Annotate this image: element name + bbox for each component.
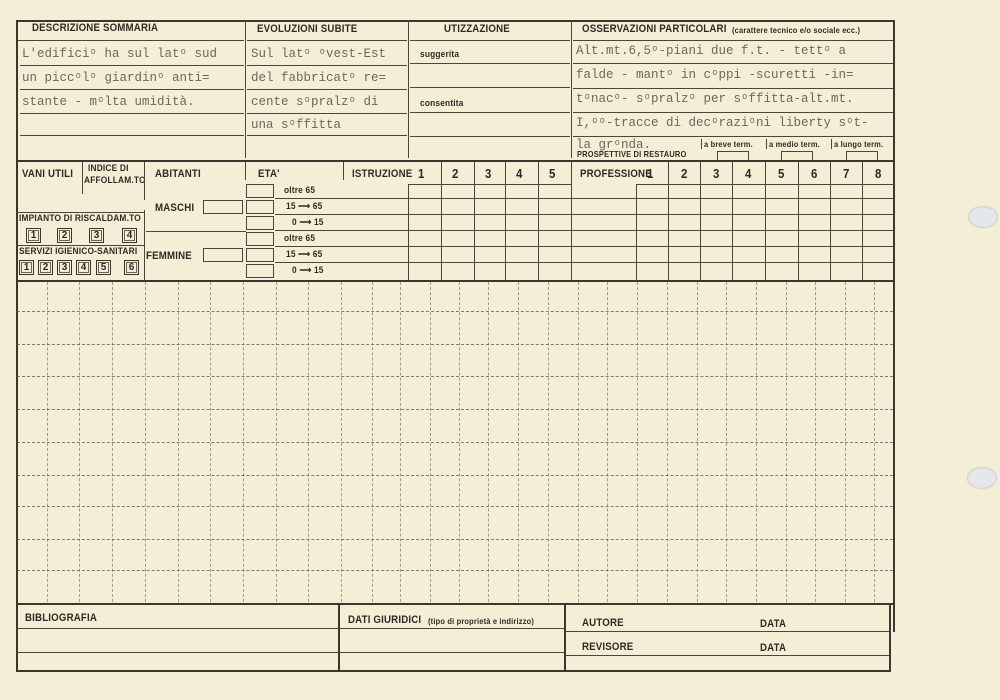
divider xyxy=(474,162,475,280)
impianto-option-1[interactable]: 1 xyxy=(26,228,41,243)
suggerita-label: suggerita xyxy=(420,49,459,60)
divider xyxy=(245,20,246,158)
grid-line xyxy=(47,282,48,602)
consentita-label: consentita xyxy=(420,98,464,109)
grid-line xyxy=(697,282,698,602)
grid-line xyxy=(430,282,431,602)
servizi-label: SERVIZI IGIENICO-SANITARI xyxy=(19,246,137,257)
istruzione-col-3: 3 xyxy=(485,166,492,181)
age-box-m-15-65[interactable] xyxy=(246,200,274,214)
frame-left xyxy=(16,20,18,670)
rule xyxy=(410,112,570,113)
grid-line xyxy=(243,282,244,602)
grid-line xyxy=(341,282,342,602)
grid-line xyxy=(79,282,80,602)
rule xyxy=(16,652,338,653)
maschi-count-field[interactable] xyxy=(203,200,243,214)
divider xyxy=(538,162,539,280)
data-label-2: DATA xyxy=(760,642,786,654)
grid-line xyxy=(815,282,816,602)
grid-line xyxy=(459,282,460,602)
dati-giuridici-label: DATI GIURIDICI xyxy=(348,614,421,626)
divider xyxy=(505,162,506,280)
rule xyxy=(20,113,244,114)
divider xyxy=(343,162,344,180)
grid-line xyxy=(518,282,519,602)
eta-label: ETA' xyxy=(258,168,280,180)
frame-bottom xyxy=(16,670,891,672)
professione-col-3: 3 xyxy=(713,166,720,181)
divider xyxy=(441,162,442,280)
section-divider xyxy=(16,280,894,282)
rule xyxy=(275,230,894,231)
professione-col-8: 8 xyxy=(875,166,882,181)
indice-label-1: INDICE DI xyxy=(88,163,129,174)
descrizione-line-1[interactable]: L'edificiᵒ ha sul latᵒ sud xyxy=(22,47,217,61)
divider xyxy=(732,162,733,280)
rule xyxy=(16,628,338,629)
grid-line xyxy=(178,282,179,602)
osservazioni-line-3[interactable]: tᵒnacᵒ- sᵒpralzᵒ per sᵒffitta-alt.mt. xyxy=(576,92,854,106)
divider xyxy=(144,210,145,280)
grid-line xyxy=(548,282,549,602)
grid-line xyxy=(17,311,893,312)
professione-col-2: 2 xyxy=(681,166,688,181)
grid-line xyxy=(17,539,893,540)
grid-line xyxy=(637,282,638,602)
evoluzioni-line-1[interactable]: Sul latᵒ ᵒvest-Est xyxy=(251,47,386,61)
rule xyxy=(275,214,894,215)
rule xyxy=(410,40,570,41)
istruzione-label: ISTRUZIONE xyxy=(352,168,412,180)
grid-line xyxy=(400,282,401,602)
autore-label: AUTORE xyxy=(582,617,624,629)
rule xyxy=(573,88,893,89)
grid-line xyxy=(488,282,489,602)
grid-line xyxy=(578,282,579,602)
rule xyxy=(340,652,564,653)
age-box-f-oltre65[interactable] xyxy=(246,232,274,246)
abitanti-label: ABITANTI xyxy=(155,168,201,180)
servizi-option-3[interactable]: 3 xyxy=(57,260,72,275)
grid-line xyxy=(372,282,373,602)
istruzione-col-4: 4 xyxy=(516,166,523,181)
age-range-label: 15 ⟶ 65 xyxy=(286,201,322,212)
descrizione-line-2[interactable]: un piccᵒlᵒ giardinᵒ anti= xyxy=(22,71,210,85)
grid-line xyxy=(276,282,277,602)
maschi-label: MASCHI xyxy=(155,202,194,214)
vani-utili-label: VANI UTILI xyxy=(22,168,73,180)
grid-line xyxy=(17,442,893,443)
section-divider xyxy=(16,603,894,605)
rule xyxy=(18,40,244,41)
divider xyxy=(766,139,767,149)
divider xyxy=(798,162,799,280)
grid-line xyxy=(17,570,893,571)
professione-label: PROFESSIONE xyxy=(580,168,652,180)
revisore-label: REVISORE xyxy=(582,641,633,653)
servizi-option-2[interactable]: 2 xyxy=(38,260,53,275)
grid-line xyxy=(786,282,787,602)
grid-line xyxy=(17,506,893,507)
divider xyxy=(831,139,832,149)
osservazioni-line-2[interactable]: falde - mantᵒ in cᵒppi -scuretti -in= xyxy=(576,68,854,82)
utilizzazione-heading: UTIZZAZIONE xyxy=(444,23,510,35)
rule xyxy=(275,198,894,199)
divider xyxy=(700,162,701,280)
grid-line xyxy=(845,282,846,602)
age-box-f-15-65[interactable] xyxy=(246,248,274,262)
age-box-m-0-15[interactable] xyxy=(246,216,274,230)
osservazioni-line-4[interactable]: I,ᵒᵒ-tracce di decᵒraziᵒni liberty sᵒt- xyxy=(576,116,869,130)
grid-line xyxy=(17,409,893,410)
grid-line xyxy=(874,282,875,602)
age-range-label: 0 ⟶ 15 xyxy=(292,217,324,228)
age-range-label: oltre 65 xyxy=(284,185,315,196)
impianto-label: IMPIANTO DI RISCALDAM.TO xyxy=(19,213,141,224)
osservazioni-heading: OSSERVAZIONI PARTICOLARI xyxy=(582,23,727,35)
rule xyxy=(247,65,407,66)
rule xyxy=(410,63,570,64)
istruzione-col-5: 5 xyxy=(549,166,556,181)
rule xyxy=(247,89,407,90)
impianto-option-2[interactable]: 2 xyxy=(57,228,72,243)
lungo-term-label: a lungo term. xyxy=(834,139,883,149)
rule xyxy=(20,89,244,90)
servizi-option-4[interactable]: 4 xyxy=(76,260,91,275)
rule xyxy=(247,135,407,136)
punch-hole xyxy=(968,206,998,228)
divider xyxy=(830,162,831,280)
grid-line xyxy=(17,376,893,377)
divider xyxy=(82,162,83,194)
grid-line xyxy=(308,282,309,602)
evoluzioni-line-4[interactable]: una sᵒffitta xyxy=(251,118,341,132)
divider xyxy=(408,184,409,280)
divider xyxy=(245,162,246,180)
divider xyxy=(765,162,766,280)
medio-term-label: a medio term. xyxy=(769,139,820,149)
osservazioni-line-1[interactable]: Alt.mt.6,5ᵒ-piani due f.t. - tettᵒ a xyxy=(576,44,846,58)
age-range-label: 15 ⟶ 65 xyxy=(286,249,322,260)
rule xyxy=(410,136,570,137)
frame-right-footer xyxy=(889,605,891,670)
rule xyxy=(146,231,246,232)
divider xyxy=(636,184,637,280)
breve-term-label: a breve term. xyxy=(704,139,753,149)
servizi-option-1[interactable]: 1 xyxy=(19,260,34,275)
section-divider xyxy=(16,160,894,162)
grid-line xyxy=(145,282,146,602)
divider xyxy=(701,139,702,149)
evoluzioni-line-3[interactable]: cente sᵒpralzᵒ di xyxy=(251,95,379,109)
divider xyxy=(144,162,145,200)
grid-line xyxy=(726,282,727,602)
femmine-count-field[interactable] xyxy=(203,248,243,262)
rule xyxy=(275,246,894,247)
professione-col-6: 6 xyxy=(811,166,818,181)
descrizione-line-3[interactable]: stante - mᵒlta umidità. xyxy=(22,95,195,109)
grid-line xyxy=(607,282,608,602)
rule xyxy=(566,655,890,656)
evoluzioni-line-2[interactable]: del fabbricatᵒ re= xyxy=(251,71,386,85)
age-box-m-oltre65[interactable] xyxy=(246,184,274,198)
rule xyxy=(573,112,893,113)
rule xyxy=(20,65,244,66)
istruzione-col-1: 1 xyxy=(418,166,425,181)
femmine-label: FEMMINE xyxy=(146,250,192,262)
grid-line xyxy=(756,282,757,602)
survey-form-card: DESCRIZIONE SOMMARIA EVOLUZIONI SUBITE U… xyxy=(0,0,1000,700)
rule xyxy=(573,136,893,137)
rule xyxy=(340,628,564,629)
impianto-option-4[interactable]: 4 xyxy=(122,228,137,243)
divider xyxy=(571,162,572,192)
evoluzioni-heading: EVOLUZIONI SUBITE xyxy=(257,23,357,35)
grid-line xyxy=(17,475,893,476)
age-box-f-0-15[interactable] xyxy=(246,264,274,278)
divider xyxy=(571,20,572,158)
dati-giuridici-note: (tipo di proprietà e indirizzo) xyxy=(428,616,534,626)
rule xyxy=(573,63,893,64)
rule xyxy=(573,40,893,41)
istruzione-col-2: 2 xyxy=(452,166,459,181)
divider xyxy=(668,162,669,280)
rule xyxy=(247,40,407,41)
age-range-label: oltre 65 xyxy=(284,233,315,244)
grid-line xyxy=(17,344,893,345)
age-range-label: 0 ⟶ 15 xyxy=(292,265,324,276)
frame-right xyxy=(893,20,895,632)
rule xyxy=(275,262,894,263)
punch-hole xyxy=(967,467,997,489)
servizi-option-5[interactable]: 5 xyxy=(96,260,111,275)
rule xyxy=(408,184,571,185)
bibliografia-label: BIBLIOGRAFIA xyxy=(25,612,97,624)
grid-line xyxy=(667,282,668,602)
divider xyxy=(862,162,863,280)
servizi-option-6[interactable]: 6 xyxy=(124,260,139,275)
grid-line xyxy=(210,282,211,602)
divider xyxy=(564,605,566,670)
professione-col-5: 5 xyxy=(778,166,785,181)
impianto-option-3[interactable]: 3 xyxy=(89,228,104,243)
rule xyxy=(247,113,407,114)
professione-col-7: 7 xyxy=(843,166,850,181)
indice-label-2: AFFOLLAM.TO xyxy=(84,175,146,186)
rule xyxy=(20,135,244,136)
divider xyxy=(571,192,572,280)
grid-line xyxy=(112,282,113,602)
osservazioni-note: (carattere tecnico e/o sociale ecc.) xyxy=(732,25,860,35)
data-label-1: DATA xyxy=(760,618,786,630)
professione-col-4: 4 xyxy=(745,166,752,181)
rule xyxy=(566,631,890,632)
descrizione-heading: DESCRIZIONE SOMMARIA xyxy=(32,22,158,34)
divider xyxy=(408,20,409,158)
professione-col-1: 1 xyxy=(647,166,654,181)
prospettive-label: PROSPETTIVE DI RESTAURO xyxy=(577,149,686,159)
rule xyxy=(410,87,570,88)
divider xyxy=(338,605,340,670)
